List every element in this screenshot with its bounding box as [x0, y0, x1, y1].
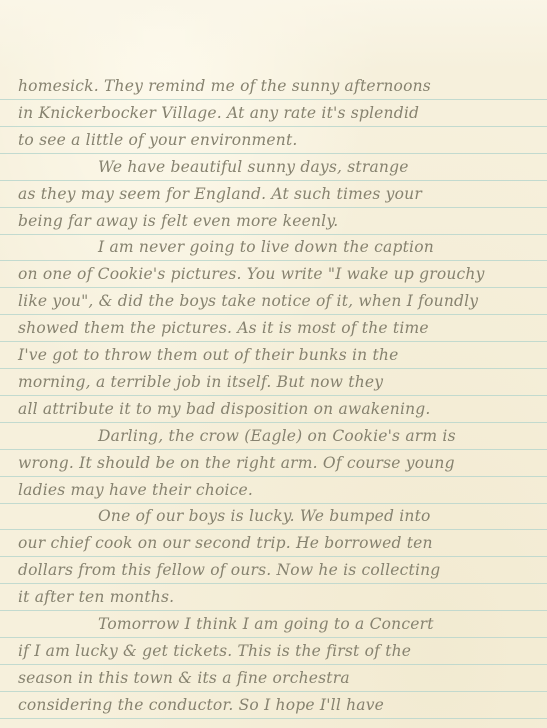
letter-line: wrong. It should be on the right arm. Of…: [18, 454, 455, 472]
letter-line: on one of Cookie's pictures. You write "…: [18, 265, 485, 283]
letter-line: showed them the pictures. As it is most …: [18, 319, 429, 337]
ruled-line: [0, 234, 547, 235]
letter-line: our chief cook on our second trip. He bo…: [18, 534, 433, 552]
letter-line-paragraph-start: I am never going to live down the captio…: [98, 238, 434, 256]
ruled-line: [0, 476, 547, 477]
ruled-line: [0, 529, 547, 530]
letter-page: homesick. They remind me of the sunny af…: [0, 0, 547, 728]
letter-line: morning, a terrible job in itself. But n…: [18, 373, 383, 391]
ruled-line: [0, 341, 547, 342]
ruled-line: [0, 287, 547, 288]
page-header-blank: [0, 0, 547, 70]
letter-line-paragraph-start: Darling, the crow (Eagle) on Cookie's ar…: [98, 427, 456, 445]
ruled-line: [0, 153, 547, 154]
letter-line: dollars from this fellow of ours. Now he…: [18, 561, 440, 579]
letter-line: in Knickerbocker Village. At any rate it…: [18, 104, 419, 122]
ruled-line: [0, 207, 547, 208]
ruled-line: [0, 503, 547, 504]
letter-line: I've got to throw them out of their bunk…: [18, 346, 398, 364]
letter-line: being far away is felt even more keenly.: [18, 212, 338, 230]
ruled-line: [0, 637, 547, 638]
ruled-line: [0, 260, 547, 261]
letter-line: it after ten months.: [18, 588, 174, 606]
letter-line: ladies may have their choice.: [18, 481, 253, 499]
letter-line-paragraph-start: We have beautiful sunny days, strange: [98, 158, 409, 176]
ruled-line: [0, 99, 547, 100]
letter-line: all attribute it to my bad disposition o…: [18, 400, 431, 418]
ruled-line: [0, 556, 547, 557]
ruled-line: [0, 664, 547, 665]
ruled-line: [0, 422, 547, 423]
letter-line: homesick. They remind me of the sunny af…: [18, 77, 431, 95]
letter-line-paragraph-start: One of our boys is lucky. We bumped into: [98, 507, 431, 525]
ruled-line: [0, 691, 547, 692]
letter-line: as they may seem for England. At such ti…: [18, 185, 422, 203]
ruled-line: [0, 126, 547, 127]
ruled-line: [0, 180, 547, 181]
letter-line: season in this town & its a fine orchest…: [18, 669, 350, 687]
letter-line: to see a little of your environment.: [18, 131, 298, 149]
letter-line: like you", & did the boys take notice of…: [18, 292, 478, 310]
letter-line-paragraph-start: Tomorrow I think I am going to a Concert: [98, 615, 434, 633]
ruled-line: [0, 718, 547, 719]
ruled-line: [0, 583, 547, 584]
ruled-line: [0, 368, 547, 369]
ruled-line: [0, 314, 547, 315]
ruled-line: [0, 395, 547, 396]
letter-line: if I am lucky & get tickets. This is the…: [18, 642, 411, 660]
ruled-line: [0, 449, 547, 450]
ruled-line: [0, 610, 547, 611]
letter-line: considering the conductor. So I hope I'l…: [18, 696, 384, 714]
